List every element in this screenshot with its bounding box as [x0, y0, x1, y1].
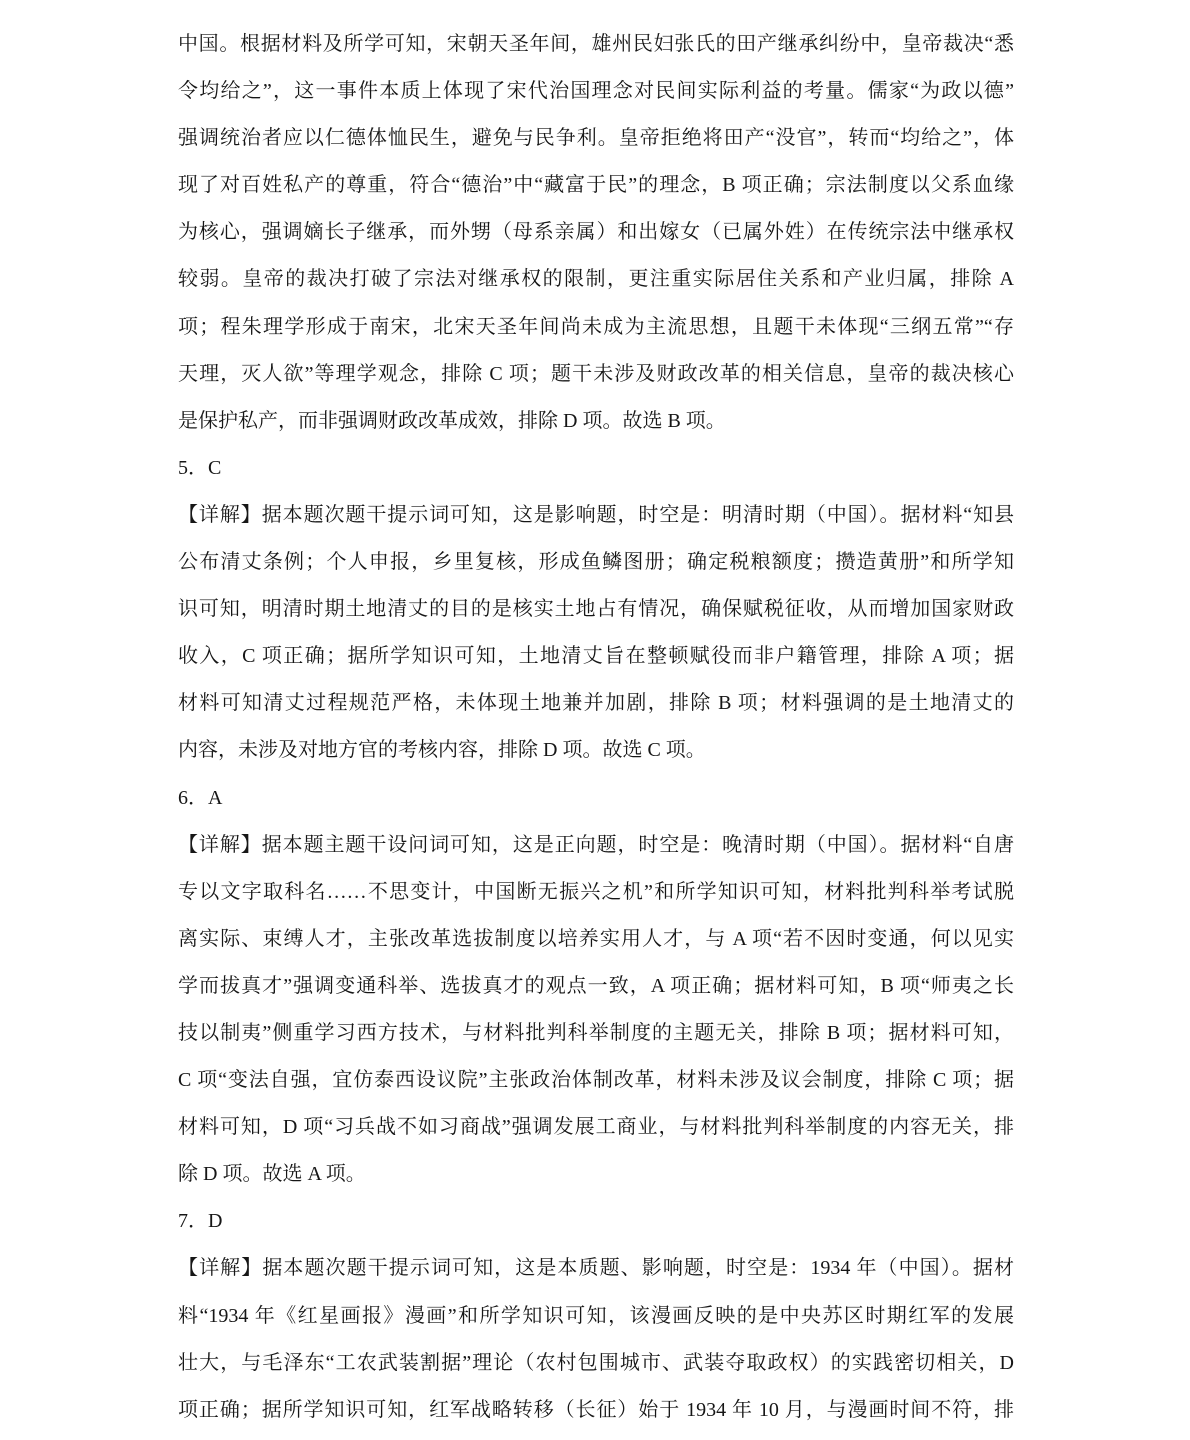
- text-line: 内容，未涉及对地方官的考核内容，排除 D 项。故选 C 项。: [178, 727, 1014, 774]
- answer-7-heading-label: 7．D: [178, 1198, 1014, 1245]
- text-line: 壮大，与毛泽东“工农武装割据”理论（农村包围城市、武装夺取政权）的实践密切相关，…: [178, 1340, 1014, 1387]
- answer-6-explanation: 【详解】据本题主题干设问词可知，这是正向题，时空是：晚清时期（中国）。据材料“自…: [178, 822, 1014, 1199]
- answer-7-heading: 7．D: [178, 1198, 1014, 1245]
- text-line: 识可知，明清时期土地清丈的目的是核实土地占有情况，确保赋税征收，从而增加国家财政: [178, 586, 1014, 633]
- text-line: 现了对百姓私产的尊重，符合“德治”中“藏富于民”的理念，B 项正确；宗法制度以父…: [178, 162, 1014, 209]
- answer-5-heading-label: 5．C: [178, 445, 1014, 492]
- text-line: C 项“变法自强，宜仿泰西设议院”主张政治体制改革，材料未涉及议会制度，排除 C…: [178, 1057, 1014, 1104]
- text-line: 材料可知清丈过程规范严格，未体现土地兼并加剧，排除 B 项；材料强调的是土地清丈…: [178, 680, 1014, 727]
- text-line: 较弱。皇帝的裁决打破了宗法对继承权的限制，更注重实际居住关系和产业归属，排除 A: [178, 256, 1014, 303]
- text-line: 【详解】据本题次题干提示词可知，这是影响题，时空是：明清时期（中国）。据材料“知…: [178, 492, 1014, 539]
- text-line: 技以制夷”侧重学习西方技术，与材料批判科举制度的主题无关，排除 B 项；据材料可…: [178, 1010, 1014, 1057]
- text-line: 强调统治者应以仁德体恤民生，避免与民争利。皇帝拒绝将田产“没官”，转而“均给之”…: [178, 115, 1014, 162]
- text-line: 【详解】据本题次题干提示词可知，这是本质题、影响题，时空是：1934 年（中国）…: [178, 1245, 1014, 1292]
- document-page: 中国。根据材料及所学可知，宋朝天圣年间，雄州民妇张氏的田产继承纠纷中，皇帝裁决“…: [178, 21, 1014, 1434]
- text-line: 为核心，强调嫡长子继承，而外甥（母系亲属）和出嫁女（已属外姓）在传统宗法中继承权: [178, 209, 1014, 256]
- text-line: 项正确；据所学知识可知，红军战略转移（长征）始于 1934 年 10 月，与漫画…: [178, 1387, 1014, 1434]
- text-line: 除 D 项。故选 A 项。: [178, 1151, 1014, 1198]
- text-line: 学而拔真才”强调变通科举、选拔真才的观点一致，A 项正确；据材料可知，B 项“师…: [178, 963, 1014, 1010]
- text-line: 公布清丈条例；个人申报，乡里复核，形成鱼鳞图册；确定税粮额度；攒造黄册”和所学知: [178, 539, 1014, 586]
- answer-6-heading: 6．A: [178, 775, 1014, 822]
- text-line: 收入，C 项正确；据所学知识可知，土地清丈旨在整顿赋役而非户籍管理，排除 A 项…: [178, 633, 1014, 680]
- text-line: 令均给之”，这一事件本质上体现了宋代治国理念对民间实际利益的考量。儒家“为政以德…: [178, 68, 1014, 115]
- text-line: 中国。根据材料及所学可知，宋朝天圣年间，雄州民妇张氏的田产继承纠纷中，皇帝裁决“…: [178, 21, 1014, 68]
- answer-7-explanation: 【详解】据本题次题干提示词可知，这是本质题、影响题，时空是：1934 年（中国）…: [178, 1245, 1014, 1433]
- text-line: 专以文字取科名……不思变计，中国断无振兴之机”和所学知识可知，材料批判科举考试脱: [178, 869, 1014, 916]
- text-line: 天理，灭人欲”等理学观念，排除 C 项；题干未涉及财政改革的相关信息，皇帝的裁决…: [178, 351, 1014, 398]
- text-line: 离实际、束缚人才，主张改革选拔制度以培养实用人才，与 A 项“若不因时变通，何以…: [178, 916, 1014, 963]
- answer-4-explanation-continuation: 中国。根据材料及所学可知，宋朝天圣年间，雄州民妇张氏的田产继承纠纷中，皇帝裁决“…: [178, 21, 1014, 445]
- text-line: 料“1934 年《红星画报》漫画”和所学知识可知，该漫画反映的是中央苏区时期红军…: [178, 1293, 1014, 1340]
- answer-5-heading: 5．C: [178, 445, 1014, 492]
- answer-6-heading-label: 6．A: [178, 775, 1014, 822]
- answer-5-explanation: 【详解】据本题次题干提示词可知，这是影响题，时空是：明清时期（中国）。据材料“知…: [178, 492, 1014, 775]
- text-line: 是保护私产，而非强调财政改革成效，排除 D 项。故选 B 项。: [178, 398, 1014, 445]
- text-line: 材料可知，D 项“习兵战不如习商战”强调发展工商业，与材料批判科举制度的内容无关…: [178, 1104, 1014, 1151]
- text-line: 项；程朱理学形成于南宋，北宋天圣年间尚未成为主流思想，且题干未体现“三纲五常”“…: [178, 304, 1014, 351]
- text-line: 【详解】据本题主题干设问词可知，这是正向题，时空是：晚清时期（中国）。据材料“自…: [178, 822, 1014, 869]
